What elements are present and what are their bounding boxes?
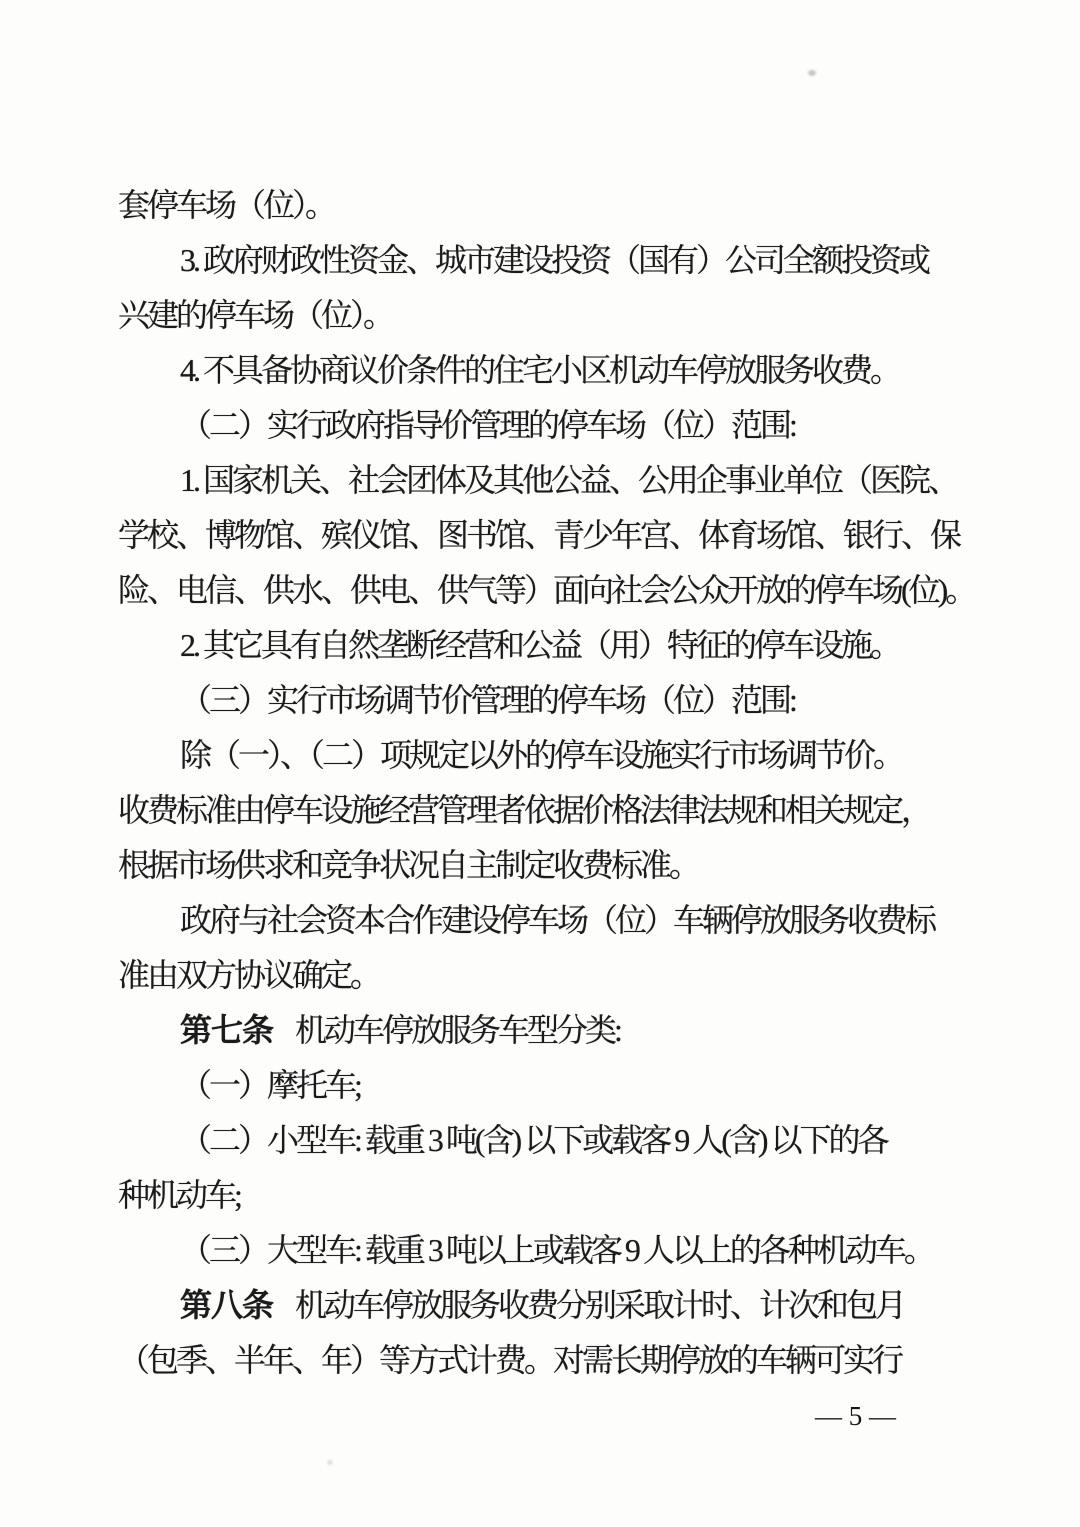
text-line: 第八条机动车停放服务收费分别采取计时、计次和包月: [118, 1278, 968, 1333]
text-line: 第七条机动车停放服务车型分类:: [118, 1003, 968, 1058]
text-line: 除（一）、（二）项规定以外的停车设施实行市场调节价。: [118, 728, 968, 783]
line-text: （包季、半年、年）等方式计费。对需长期停放的车辆可实行: [118, 1342, 901, 1378]
line-text: （三）大型车: 载重 3 吨以上或载客 9 人以上的各种机动车。: [180, 1232, 933, 1268]
text-line: 2. 其它具有自然垄断经营和公益（用）特征的停车设施。: [118, 618, 968, 673]
text-line: 4. 不具备协商议价条件的住宅小区机动车停放服务收费。: [118, 343, 968, 398]
text-line: 学校、博物馆、殡仪馆、图书馆、青少年宫、体育场馆、银行、保: [118, 508, 968, 563]
line-text: 机动车停放服务收费分别采取计时、计次和包月: [295, 1287, 904, 1323]
text-line: （三）大型车: 载重 3 吨以上或载客 9 人以上的各种机动车。: [118, 1223, 968, 1278]
line-text: 1. 国家机关、社会团体及其他公益、公用企事业单位（医院、: [180, 462, 957, 498]
page-number: — 5 —: [815, 1398, 896, 1434]
article-7-heading: 第七条: [180, 1012, 273, 1048]
line-text: 根据市场供求和竞争状况自主制定收费标准。: [118, 847, 698, 883]
article-8-heading: 第八条: [180, 1287, 273, 1323]
text-line: （三）实行市场调节价管理的停车场（位）范围:: [118, 673, 968, 728]
text-line: 政府与社会资本合作建设停车场（位）车辆停放服务收费标: [118, 893, 968, 948]
line-text: 种机动车;: [118, 1177, 240, 1213]
text-line: （包季、半年、年）等方式计费。对需长期停放的车辆可实行: [118, 1333, 968, 1388]
text-line: 收费标准由停车设施经营管理者依据价格法律法规和相关规定，: [118, 783, 968, 838]
text-line: 种机动车;: [118, 1168, 968, 1223]
line-text: 机动车停放服务车型分类:: [295, 1012, 620, 1048]
line-text: 4. 不具备协商议价条件的住宅小区机动车停放服务收费。: [180, 352, 899, 388]
text-line: 准由双方协议确定。: [118, 948, 968, 1003]
text-line: 套停车场（位）。: [118, 178, 968, 233]
line-text: 准由双方协议确定。: [118, 957, 379, 993]
line-text: （二）小型车: 载重 3 吨(含) 以下或载客 9 人(含) 以下的各: [180, 1122, 887, 1158]
text-line: （二）实行政府指导价管理的停车场（位）范围:: [118, 398, 968, 453]
line-text: 2. 其它具有自然垄断经营和公益（用）特征的停车设施。: [180, 627, 899, 663]
text-line: （二）小型车: 载重 3 吨(含) 以下或载客 9 人(含) 以下的各: [118, 1113, 968, 1168]
text-line: 3. 政府财政性资金、城市建设投资（国有）公司全额投资或: [118, 233, 968, 288]
document-text-block: 套停车场（位）。 3. 政府财政性资金、城市建设投资（国有）公司全额投资或 兴建…: [118, 178, 968, 1388]
line-text: 政府与社会资本合作建设停车场（位）车辆停放服务收费标: [180, 902, 934, 938]
line-text: 学校、博物馆、殡仪馆、图书馆、青少年宫、体育场馆、银行、保: [118, 517, 959, 553]
line-text: 套停车场（位）。: [118, 187, 334, 223]
line-text: （二）实行政府指导价管理的停车场（位）范围:: [180, 407, 795, 443]
line-text: 兴建的停车场（位）。: [118, 297, 392, 333]
text-line: 险、电信、供水、供电、供气等）面向社会公众开放的停车场(位)。: [118, 563, 968, 618]
document-page: 套停车场（位）。 3. 政府财政性资金、城市建设投资（国有）公司全额投资或 兴建…: [0, 0, 1080, 1527]
text-line: 1. 国家机关、社会团体及其他公益、公用企事业单位（医院、: [118, 453, 968, 508]
scan-speck: [327, 1460, 333, 1465]
line-text: 险、电信、供水、供电、供气等）面向社会公众开放的停车场(位)。: [118, 572, 974, 608]
scan-speck: [808, 70, 816, 76]
line-text: 除（一）、（二）项规定以外的停车设施实行市场调节价。: [180, 737, 902, 773]
text-line: 根据市场供求和竞争状况自主制定收费标准。: [118, 838, 968, 893]
text-line: （一）摩托车;: [118, 1058, 968, 1113]
line-text: 3. 政府财政性资金、城市建设投资（国有）公司全额投资或: [180, 242, 928, 278]
line-text: （一）摩托车;: [180, 1067, 360, 1103]
text-line: 兴建的停车场（位）。: [118, 288, 968, 343]
line-text: （三）实行市场调节价管理的停车场（位）范围:: [180, 682, 795, 718]
line-text: 收费标准由停车设施经营管理者依据价格法律法规和相关规定，: [118, 792, 930, 828]
